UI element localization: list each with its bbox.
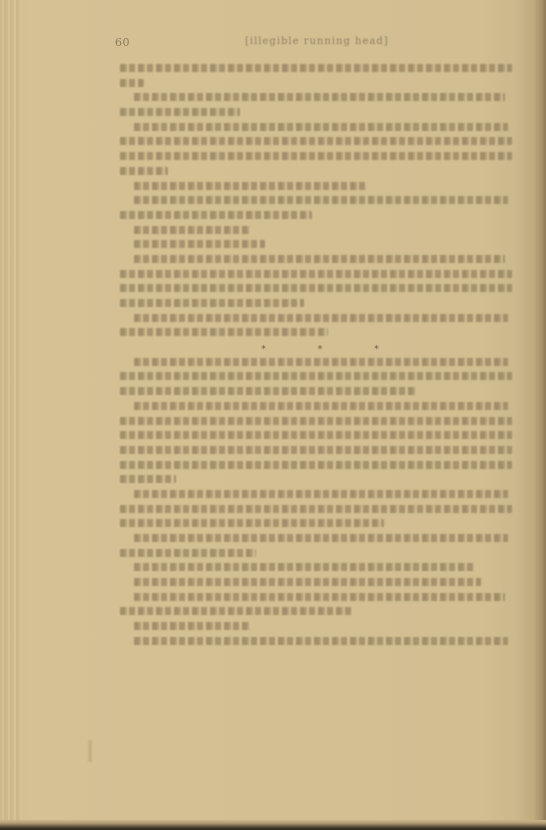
text-line [134, 255, 505, 263]
text-line [134, 622, 250, 630]
page-edge-bottom [0, 820, 546, 830]
asterisk: * [318, 345, 323, 355]
text-line [120, 607, 352, 615]
text-line [120, 137, 512, 145]
text-line [134, 358, 508, 366]
text-line [120, 417, 512, 425]
text-line [120, 446, 512, 454]
text-line [120, 549, 256, 557]
text-line [134, 637, 508, 645]
text-line [120, 519, 384, 527]
section-break: *** [120, 343, 520, 358]
text-line [134, 226, 250, 234]
text-line [134, 593, 505, 601]
text-line [134, 490, 508, 498]
page-edge-right [532, 0, 546, 830]
text-line [120, 167, 168, 175]
text-line [120, 64, 512, 72]
text-line [134, 314, 508, 322]
text-line [134, 240, 265, 248]
text-line [134, 534, 508, 542]
text-line [134, 196, 508, 204]
text-line [120, 431, 512, 439]
page-header: 60 [illegible running head] [115, 36, 520, 50]
text-line [120, 270, 512, 278]
text-line [134, 123, 508, 131]
text-line [120, 299, 304, 307]
body-text: *** [120, 64, 520, 652]
text-line [120, 505, 512, 513]
text-line [120, 328, 328, 336]
text-line [134, 182, 366, 190]
text-line [120, 461, 512, 469]
binding-edge [0, 0, 22, 830]
book-page: 60 [illegible running head] *** [0, 0, 546, 830]
asterisk: * [374, 345, 379, 355]
text-line [120, 372, 512, 380]
text-line [134, 402, 508, 410]
text-line [120, 79, 144, 87]
text-line [120, 211, 312, 219]
text-line [134, 563, 474, 571]
text-line [120, 108, 240, 116]
margin-mark [88, 740, 92, 762]
text-line [120, 152, 512, 160]
text-line [120, 387, 416, 395]
text-line [120, 475, 176, 483]
text-line [120, 284, 512, 292]
running-head: [illegible running head] [245, 36, 389, 47]
page-number: 60 [115, 36, 130, 49]
asterisk: * [261, 345, 266, 355]
text-line [134, 578, 481, 586]
text-line [134, 93, 505, 101]
